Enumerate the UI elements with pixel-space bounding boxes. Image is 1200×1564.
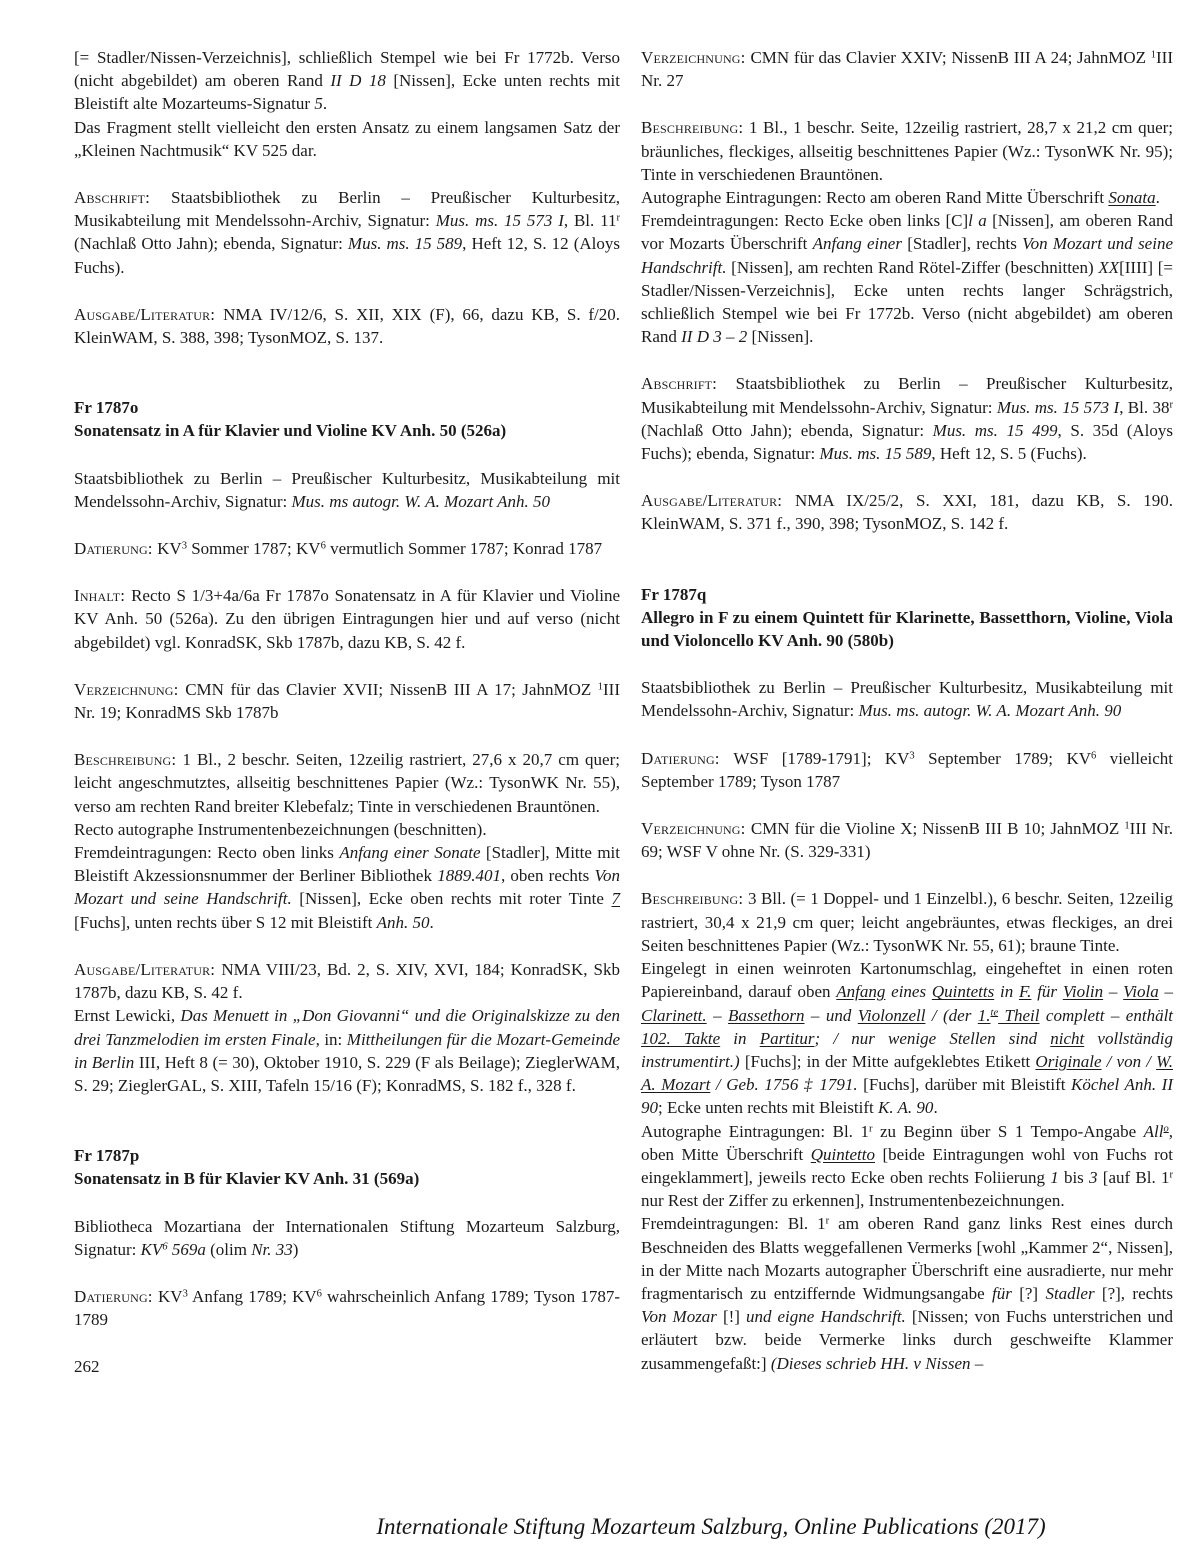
- paragraph: Eingelegt in einen weinroten Kartonumsch…: [641, 957, 1173, 1119]
- entry-heading: Sonatensatz in B für Klavier KV Anh. 31 …: [74, 1167, 620, 1190]
- paragraph: Datierung: KV3 Anfang 1789; KV6 wahrsche…: [74, 1285, 620, 1331]
- paragraph: Staatsbibliothek zu Berlin – Preußischer…: [74, 467, 620, 513]
- paragraph: Abschrift: Staatsbibliothek zu Berlin – …: [641, 372, 1173, 465]
- page-number: 262: [74, 1355, 620, 1378]
- paragraph: Datierung: WSF [1789-1791]; KV3 Septembe…: [641, 747, 1173, 793]
- paragraph: Beschreibung: 1 Bl., 2 beschr. Seiten, 1…: [74, 748, 620, 818]
- paragraph: Fremdeintragungen: Recto oben links Anfa…: [74, 841, 620, 934]
- left-column: [= Stadler/Nissen-Verzeichnis], schließl…: [74, 46, 620, 1379]
- paragraph: Beschreibung: 1 Bl., 1 beschr. Seite, 12…: [641, 116, 1173, 186]
- paragraph: Datierung: KV3 Sommer 1787; KV6 vermutli…: [74, 537, 620, 560]
- right-column: Verzeichnung: CMN für das Clavier XXIV; …: [641, 46, 1173, 1379]
- paragraph: Ausgabe/Literatur: NMA VIII/23, Bd. 2, S…: [74, 958, 620, 1004]
- entry-heading: Fr 1787p: [74, 1144, 620, 1167]
- paragraph: Autographe Eintragungen: Recto am oberen…: [641, 186, 1173, 209]
- paragraph: Abschrift: Staatsbibliothek zu Berlin – …: [74, 186, 620, 279]
- paragraph: Ernst Lewicki, Das Menuett in „Don Giova…: [74, 1004, 620, 1097]
- paragraph: Staatsbibliothek zu Berlin – Preußischer…: [641, 676, 1173, 722]
- page-body: [= Stadler/Nissen-Verzeichnis], schließl…: [74, 46, 1172, 1379]
- paragraph: Ausgabe/Literatur: NMA IV/12/6, S. XII, …: [74, 303, 620, 349]
- paragraph: Fremdeintragungen: Recto Ecke oben links…: [641, 209, 1173, 348]
- paragraph: Das Fragment stellt vielleicht den erste…: [74, 116, 620, 162]
- paragraph: Fremdeintragungen: Bl. 1r am oberen Rand…: [641, 1212, 1173, 1374]
- paragraph: Verzeichnung: CMN für das Clavier XVII; …: [74, 678, 620, 724]
- entry-heading: Sonatensatz in A für Klavier und Violine…: [74, 419, 620, 442]
- paragraph: Beschreibung: 3 Bll. (= 1 Doppel- und 1 …: [641, 887, 1173, 957]
- paragraph: Inhalt: Recto S 1/3+4a/6a Fr 1787o Sonat…: [74, 584, 620, 654]
- entry-heading: Allegro in F zu einem Quintett für Klari…: [641, 606, 1173, 652]
- paragraph: Ausgabe/Literatur: NMA IX/25/2, S. XXI, …: [641, 489, 1173, 535]
- paragraph: Autographe Eintragungen: Bl. 1r zu Begin…: [641, 1120, 1173, 1213]
- entry-heading: Fr 1787q: [641, 583, 1173, 606]
- entry-heading: Fr 1787o: [74, 396, 620, 419]
- paragraph: Verzeichnung: CMN für das Clavier XXIV; …: [641, 46, 1173, 92]
- footer-credit: Internationale Stiftung Mozarteum Salzbu…: [222, 1514, 1200, 1540]
- paragraph: Bibliotheca Mozartiana der International…: [74, 1215, 620, 1261]
- paragraph: [= Stadler/Nissen-Verzeichnis], schließl…: [74, 46, 620, 116]
- paragraph: Recto autographe Instrumentenbezeichnung…: [74, 818, 620, 841]
- paragraph: Verzeichnung: CMN für die Violine X; Nis…: [641, 817, 1173, 863]
